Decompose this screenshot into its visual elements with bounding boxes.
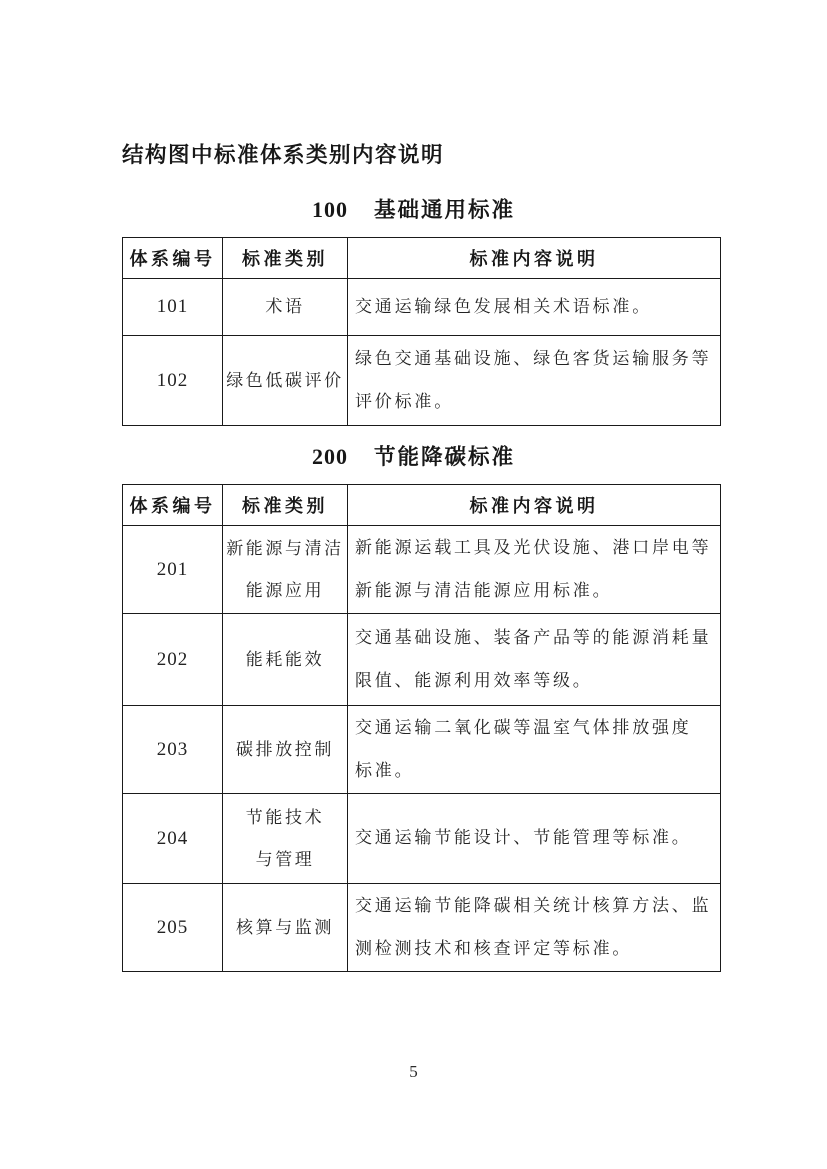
category-cell: 核算与监测 xyxy=(223,884,348,972)
code-cell: 205 xyxy=(123,884,223,972)
section-number: 100 xyxy=(312,197,348,222)
table-header-row: 体系编号 标准类别 标准内容说明 xyxy=(123,238,721,279)
category-cell: 术语 xyxy=(223,279,348,336)
section-name: 节能降碳标准 xyxy=(374,445,515,469)
code-cell: 201 xyxy=(123,526,223,614)
section-name: 基础通用标准 xyxy=(374,198,515,222)
description-cell: 新能源运载工具及光伏设施、港口岸电等 新能源与清洁能源应用标准。 xyxy=(348,526,721,614)
table-row: 205 核算与监测 交通运输节能降碳相关统计核算方法、监 测检测技术和核查评定等… xyxy=(123,884,721,972)
description-cell: 交通运输绿色发展相关术语标准。 xyxy=(348,279,721,336)
standards-table-200: 体系编号 标准类别 标准内容说明 201 新能源与清洁 能源应用 新能源运载工具… xyxy=(122,484,721,972)
table-row: 102 绿色低碳评价 绿色交通基础设施、绿色客货运输服务等 评价标准。 xyxy=(123,336,721,426)
code-cell: 102 xyxy=(123,336,223,426)
section-energy-saving: 200节能降碳标准 体系编号 标准类别 标准内容说明 201 新能源与清洁 能源… xyxy=(0,442,827,972)
section-title-100: 100基础通用标准 xyxy=(0,195,827,228)
header-system-code: 体系编号 xyxy=(123,238,223,279)
page-number: 5 xyxy=(0,1062,827,1082)
description-cell: 绿色交通基础设施、绿色客货运输服务等 评价标准。 xyxy=(348,336,721,426)
code-cell: 203 xyxy=(123,706,223,794)
description-cell: 交通运输二氧化碳等温室气体排放强度 标准。 xyxy=(348,706,721,794)
page-heading: 结构图中标准体系类别内容说明 xyxy=(0,0,827,169)
table-row: 202 能耗能效 交通基础设施、装备产品等的能源消耗量 限值、能源利用效率等级。 xyxy=(123,614,721,706)
header-standard-description: 标准内容说明 xyxy=(348,238,721,279)
code-cell: 202 xyxy=(123,614,223,706)
standards-table-100: 体系编号 标准类别 标准内容说明 101 术语 交通运输绿色发展相关术语标准。 … xyxy=(122,237,721,426)
section-number: 200 xyxy=(312,444,348,469)
header-standard-category: 标准类别 xyxy=(223,485,348,526)
section-basic-general: 100基础通用标准 体系编号 标准类别 标准内容说明 101 术语 交通运输绿色… xyxy=(0,195,827,426)
category-cell: 新能源与清洁 能源应用 xyxy=(223,526,348,614)
table-row: 204 节能技术 与管理 交通运输节能设计、节能管理等标准。 xyxy=(123,794,721,884)
table-row: 203 碳排放控制 交通运输二氧化碳等温室气体排放强度 标准。 xyxy=(123,706,721,794)
category-cell: 节能技术 与管理 xyxy=(223,794,348,884)
category-cell: 能耗能效 xyxy=(223,614,348,706)
header-system-code: 体系编号 xyxy=(123,485,223,526)
table-row: 101 术语 交通运输绿色发展相关术语标准。 xyxy=(123,279,721,336)
header-standard-description: 标准内容说明 xyxy=(348,485,721,526)
description-cell: 交通运输节能设计、节能管理等标准。 xyxy=(348,794,721,884)
header-standard-category: 标准类别 xyxy=(223,238,348,279)
table-row: 201 新能源与清洁 能源应用 新能源运载工具及光伏设施、港口岸电等 新能源与清… xyxy=(123,526,721,614)
section-title-200: 200节能降碳标准 xyxy=(0,442,827,475)
description-cell: 交通基础设施、装备产品等的能源消耗量 限值、能源利用效率等级。 xyxy=(348,614,721,706)
table-header-row: 体系编号 标准类别 标准内容说明 xyxy=(123,485,721,526)
document-page: 结构图中标准体系类别内容说明 100基础通用标准 体系编号 标准类别 标准内容说… xyxy=(0,0,827,1169)
category-cell: 碳排放控制 xyxy=(223,706,348,794)
code-cell: 204 xyxy=(123,794,223,884)
description-cell: 交通运输节能降碳相关统计核算方法、监 测检测技术和核查评定等标准。 xyxy=(348,884,721,972)
code-cell: 101 xyxy=(123,279,223,336)
category-cell: 绿色低碳评价 xyxy=(223,336,348,426)
